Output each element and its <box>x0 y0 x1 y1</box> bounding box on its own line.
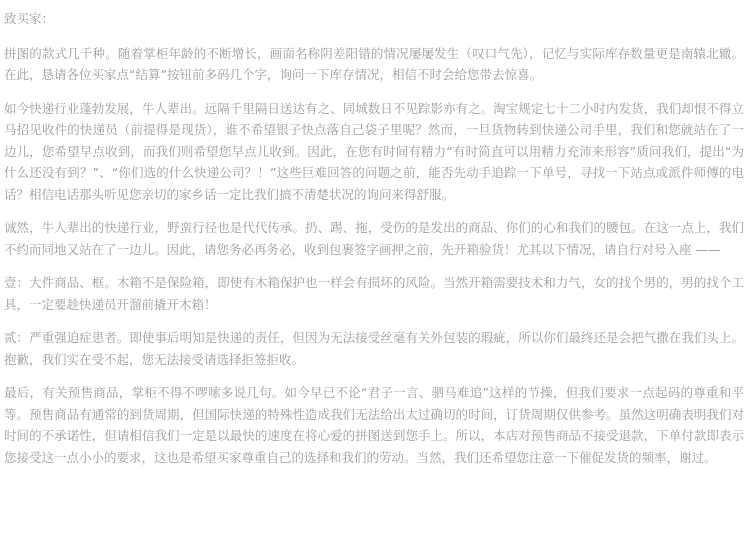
letter-paragraph-shipping-note: 如今快递行业蓬勃发展，牛人辈出。远隔千里隔日送达有之、同城数日不见踪影亦有之。淘… <box>4 98 744 206</box>
letter-paragraph-stock-note: 拼图的款式几千种。随着掌柜年龄的不断增长，画面名称阴差阳错的情况屡屡发生（叹口气… <box>4 43 744 86</box>
letter-paragraph-item-two: 贰：严重强迫症患者。即使事后明知是快递的责任，但因为无法接受丝毫有关外包装的瑕疵… <box>4 327 744 370</box>
letter-paragraph-item-one: 壹：大件商品、框。木箱不是保险箱，即使有木箱保护也一样会有损坏的风险。当然开箱需… <box>4 272 744 315</box>
letter-paragraph-inspection-note: 诚然，牛人辈出的快递行业，野蛮行径也是代代传承。扔、踢、拖，受伤的是发出的商品、… <box>4 217 744 260</box>
letter-salutation: 致买家： <box>4 8 744 30</box>
buyer-notice-letter: 致买家： 拼图的款式几千种。随着掌柜年龄的不断增长，画面名称阴差阳错的情况屡屡发… <box>0 0 750 468</box>
letter-paragraph-presale-note: 最后，有关预售商品，掌柜不得不啰嗦多说几句。如今早已不论“君子一言、驷马难追”这… <box>4 382 744 468</box>
